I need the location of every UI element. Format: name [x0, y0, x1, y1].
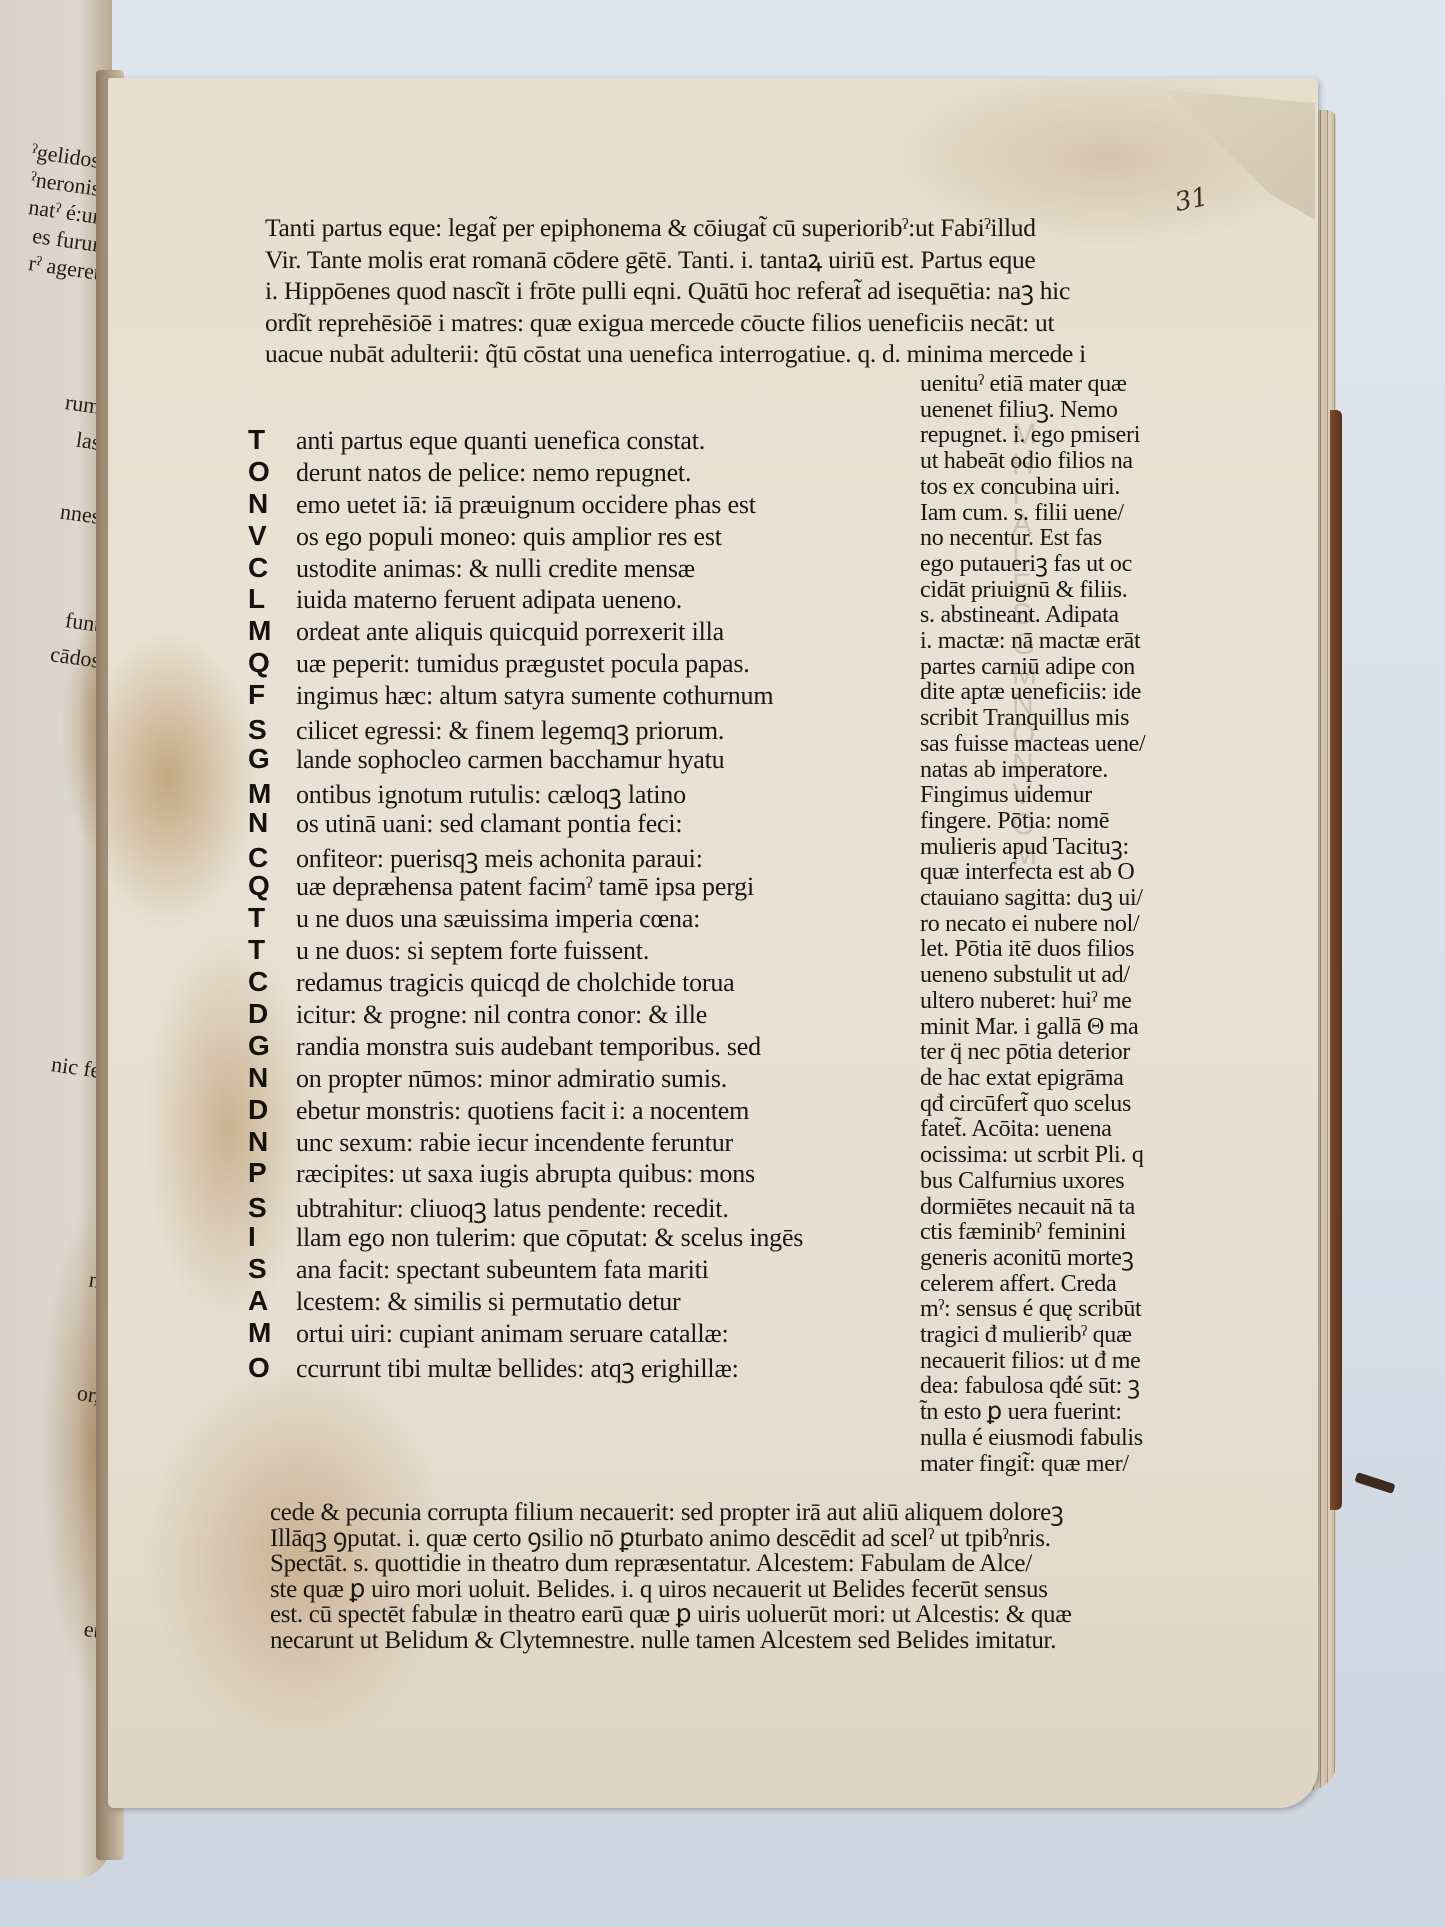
commentary-line: tragici đ mulieribˀ quæ [920, 1323, 1145, 1349]
verse-text: iuida materno feruent adipata ueneno. [296, 585, 682, 615]
verse-line: Montibus ignotum rutulis: cæloqꝫ latino [248, 775, 803, 807]
verse-line: Sana facit: spectant subeuntem fata mari… [248, 1253, 803, 1285]
commentary-line: ego putaueriꝫ fas ut oc [920, 552, 1145, 578]
commentary-line: necarunt ut Belidum & Clytemnestre. null… [270, 1628, 1072, 1654]
verse-initial: G [248, 1030, 296, 1062]
verse-text: ebetur monstris: quotiens facit i: a noc… [296, 1096, 749, 1126]
verse-line: Liuida materno feruent adipata ueneno. [248, 583, 803, 615]
verse-text: uæ peperit: tumidus prægustet pocula pap… [296, 649, 750, 679]
verse-initial: O [248, 1352, 296, 1384]
verse-initial: S [248, 1253, 296, 1285]
verse-text: lcestem: & similis si permutatio detur [296, 1287, 681, 1317]
commentary-line: minit Mar. i gallā Θ ma [920, 1015, 1145, 1041]
top-commentary: Tanti partus eque: legat̃ per epiphonema… [265, 212, 1086, 370]
commentary-line: fatet̃. Acōita: uenena [920, 1117, 1145, 1143]
verse-initial: C [248, 552, 296, 584]
verse-initial: T [248, 902, 296, 934]
verse-line: Credamus tragicis quicqd de cholchide to… [248, 966, 803, 998]
commentary-line: Iam cum. s. filii uene/ [920, 501, 1145, 527]
verse-text: ustodite animas: & nulli credite mensæ [296, 554, 695, 584]
verse-text: ccurrunt tibi multæ bellides: atqꝫ erigh… [296, 1349, 739, 1385]
verse-line: Confiteor: puerisqꝫ meis achonita paraui… [248, 839, 803, 871]
verse-line: Tanti partus eque quanti uenefica consta… [248, 424, 803, 456]
commentary-line: natas ab imperatore. [920, 758, 1145, 784]
commentary-line: s. abstineant. Adipata [920, 603, 1145, 629]
commentary-line: mˀ: sensus é quę scribūt [920, 1297, 1145, 1323]
verse-line: Nos utinā uani: sed clamant pontia feci: [248, 807, 803, 839]
verse-text: emo uetet iā: iā præuignum occidere phas… [296, 490, 756, 520]
verse-initial: D [248, 1094, 296, 1126]
commentary-line: i. mactæ: nā mactæ erāt [920, 629, 1145, 655]
verse-text: ubtrahitur: cliuoqꝫ latus pendente: rece… [296, 1189, 729, 1225]
commentary-line: cede & pecunia corrupta filium necauerit… [270, 1500, 1072, 1526]
verse-text: on propter nūmos: minor admiratio sumis. [296, 1064, 727, 1094]
verse-line: Glande sophocleo carmen bacchamur hyatu [248, 743, 803, 775]
commentary-line: ocissima: ut scrbit Pli. q [920, 1143, 1145, 1169]
verse-text: ortui uiri: cupiant animam seruare catal… [296, 1319, 729, 1349]
verse-initial: Q [248, 870, 296, 902]
verse-initial: D [248, 998, 296, 1030]
verse-initial: C [248, 842, 296, 874]
verse-initial: C [248, 966, 296, 998]
verse-initial: P [248, 1157, 296, 1189]
commentary-line: Tanti partus eque: legat̃ per epiphonema… [265, 212, 1086, 244]
commentary-line: ultero nuberet: huiˀ me [920, 989, 1145, 1015]
commentary-line: ctauiano sagitta: duꝫ ui/ [920, 886, 1145, 912]
verse-text: uæ depræhensa patent facimˀ tamē ipsa pe… [296, 872, 754, 902]
verse-text: randia monstra suis audebant temporibus.… [296, 1032, 761, 1062]
commentary-line: sas fuisse macteas uene/ [920, 732, 1145, 758]
verse-text: ordeat ante aliquis quicquid porrexerit … [296, 617, 724, 647]
verse-line: Nunc sexum: rabie iecur incendente ferun… [248, 1126, 803, 1158]
commentary-line: ro necato ei nubere nol/ [920, 912, 1145, 938]
verse-initial: T [248, 934, 296, 966]
verse-line: Non propter nūmos: minor admiratio sumis… [248, 1062, 803, 1094]
verse-initial: N [248, 807, 296, 839]
commentary-line: Fingimus uidemur [920, 783, 1145, 809]
verse-text: cilicet egressi: & finem legemqꝫ priorum… [296, 711, 724, 747]
verse-text: anti partus eque quanti uenefica constat… [296, 426, 705, 456]
verse-initial: A [248, 1285, 296, 1317]
commentary-line: mater fingit̃: quæ mer/ [920, 1452, 1145, 1478]
verse-initial: G [248, 743, 296, 775]
commentary-line: i. Hippōenes quod nascĩt i frōte pulli … [265, 275, 1086, 307]
commentary-line: dea: fabulosa qđé sūt: ꝫ [920, 1374, 1145, 1400]
commentary-line: est. cū spectēt fabulæ in theatro earū q… [270, 1602, 1072, 1628]
commentary-line: mulieris apud Tacituꝫ: [920, 835, 1145, 861]
verse-line: Debetur monstris: quotiens facit i: a no… [248, 1094, 803, 1126]
verse-block: Tanti partus eque quanti uenefica consta… [248, 424, 803, 1381]
verse-text: redamus tragicis quicqd de cholchide tor… [296, 968, 735, 998]
string-tie [1354, 1472, 1395, 1494]
verse-line: Vos ego populi moneo: quis amplior res e… [248, 520, 803, 552]
verse-initial: M [248, 778, 296, 810]
commentary-line: celerem affert. Creda [920, 1272, 1145, 1298]
verse-line: Tu ne duos una sæuissima imperia cœna: [248, 902, 803, 934]
verse-line: Subtrahitur: cliuoqꝫ latus pendente: rec… [248, 1189, 803, 1221]
verse-text: onfiteor: puerisqꝫ meis achonita paraui: [296, 839, 703, 875]
verse-line: Alcestem: & similis si permutatio detur [248, 1285, 803, 1317]
verse-line: Grandia monstra suis audebant temporibus… [248, 1030, 803, 1062]
verse-initial: N [248, 1126, 296, 1158]
verse-initial: V [248, 520, 296, 552]
verse-text: os utinā uani: sed clamant pontia feci: [296, 809, 682, 839]
commentary-line: fingere. Pōtia: nomē [920, 809, 1145, 835]
verse-text: ana facit: spectant subeuntem fata marit… [296, 1255, 709, 1285]
commentary-line: uenenet filiuꝫ. Nemo [920, 398, 1145, 424]
commentary-line: ste quæ ꝑ uiro mori uoluit. Belides. i. … [270, 1577, 1072, 1603]
commentary-line: de hac extat epigrāma [920, 1066, 1145, 1092]
commentary-line: quæ interfecta est ab O [920, 860, 1145, 886]
binding-edge [1330, 410, 1342, 1510]
verse-line: Quæ depræhensa patent facimˀ tamē ipsa p… [248, 870, 803, 902]
commentary-line: ctis fæminibˀ feminini [920, 1220, 1145, 1246]
commentary-line: t̃n esto ꝑ uera fuerint: [920, 1400, 1145, 1426]
commentary-line: no necentur. Est fas [920, 526, 1145, 552]
verse-line: Mordeat ante aliquis quicquid porrexerit… [248, 615, 803, 647]
verse-line: Oderunt natos de pelice: nemo repugnet. [248, 456, 803, 488]
side-commentary: uenituˀ etiā mater quæuenenet filiuꝫ. Ne… [920, 372, 1145, 1477]
verse-initial: N [248, 1062, 296, 1094]
verse-initial: F [248, 679, 296, 711]
commentary-line: necauerit filios: ut đ me [920, 1349, 1145, 1375]
commentary-line: let. Pōtia itē duos filios [920, 937, 1145, 963]
commentary-line: scribit Tranquillus mis [920, 706, 1145, 732]
verse-text: unc sexum: rabie iecur incendente ferunt… [296, 1128, 733, 1158]
commentary-line: tos ex concubina uiri. [920, 475, 1145, 501]
verse-text: derunt natos de pelice: nemo repugnet. [296, 458, 691, 488]
verse-initial: T [248, 424, 296, 456]
commentary-line: ueneno substulit ut ad/ [920, 963, 1145, 989]
commentary-line: bus Calfurnius uxores [920, 1169, 1145, 1195]
verse-line: Nemo uetet iā: iā præuignum occidere pha… [248, 488, 803, 520]
commentary-line: Spectāt. s. quottidie in theatro dum rep… [270, 1551, 1072, 1577]
verse-line: Dicitur: & progne: nil contra conor: & i… [248, 998, 803, 1030]
verse-line: Custodite animas: & nulli credite mensæ [248, 552, 803, 584]
commentary-line: partes carniū adipe con [920, 655, 1145, 681]
verse-text: u ne duos: si septem forte fuissent. [296, 936, 649, 966]
commentary-line: qđ circūfert̃ quo scelus [920, 1092, 1145, 1118]
commentary-line: uacue nubāt adulterii: q̃tū cōstat una u… [265, 338, 1086, 370]
verso-fragment: nic fe [49, 1053, 101, 1082]
verse-line: Scilicet egressi: & finem legemqꝫ prioru… [248, 711, 803, 743]
commentary-line: Illāqꝫ ꝯputat. i. quæ certo ꝯsilio nō ꝑt… [270, 1526, 1072, 1552]
commentary-line: ordĩt reprehēsiōē i matres: quæ exigua… [265, 307, 1086, 339]
verse-initial: S [248, 714, 296, 746]
commentary-line: ter q̈ nec pōtia deterior [920, 1040, 1145, 1066]
verse-initial: S [248, 1192, 296, 1224]
verse-line: Mortui uiri: cupiant animam seruare cata… [248, 1317, 803, 1349]
verse-text: ræcipites: ut saxa iugis abrupta quibus:… [296, 1159, 755, 1189]
verse-text: ingimus hæc: altum satyra sumente cothur… [296, 681, 773, 711]
verse-initial: L [248, 583, 296, 615]
commentary-line: Vir. Tante molis erat romanā cōdere gētē… [265, 244, 1086, 276]
bottom-commentary: cede & pecunia corrupta filium necauerit… [270, 1500, 1072, 1653]
commentary-line: generis aconitū morteꝫ [920, 1246, 1145, 1272]
verse-text: llam ego non tulerim: que cōputat: & sce… [296, 1223, 803, 1253]
verso-fragment: rˀ ageret [27, 252, 101, 284]
verse-text: ontibus ignotum rutulis: cæloqꝫ latino [296, 775, 686, 811]
commentary-line: ut habeāt odio filios na [920, 449, 1145, 475]
commentary-line: repugnet. i. ego pmiseri [920, 423, 1145, 449]
verse-initial: I [248, 1221, 296, 1253]
commentary-line: nulla é eiusmodi fabulis [920, 1426, 1145, 1452]
commentary-line: dite aptæ ueneficiis: ide [920, 680, 1145, 706]
verse-text: os ego populi moneo: quis amplior res es… [296, 522, 722, 552]
verse-initial: O [248, 456, 296, 488]
verse-text: u ne duos una sæuissima imperia cœna: [296, 904, 700, 934]
verse-initial: M [248, 1317, 296, 1349]
verse-initial: N [248, 488, 296, 520]
verse-line: Illam ego non tulerim: que cōputat: & sc… [248, 1221, 803, 1253]
commentary-line: dormiētes necauit nā ta [920, 1195, 1145, 1221]
verse-initial: M [248, 615, 296, 647]
verse-text: icitur: & progne: nil contra conor: & il… [296, 1000, 707, 1030]
verse-initial: Q [248, 647, 296, 679]
commentary-line: uenituˀ etiā mater quæ [920, 372, 1145, 398]
verse-text: lande sophocleo carmen bacchamur hyatu [296, 745, 724, 775]
verse-line: Occurrunt tibi multæ bellides: atqꝫ erig… [248, 1349, 803, 1381]
verse-line: Præcipites: ut saxa iugis abrupta quibus… [248, 1157, 803, 1189]
verso-fragment: cādos [49, 643, 102, 672]
verse-line: Fingimus hæc: altum satyra sumente cothu… [248, 679, 803, 711]
verse-line: Quæ peperit: tumidus prægustet pocula pa… [248, 647, 803, 679]
commentary-line: cidāt priuignū & filiis. [920, 578, 1145, 604]
verse-line: Tu ne duos: si septem forte fuissent. [248, 934, 803, 966]
